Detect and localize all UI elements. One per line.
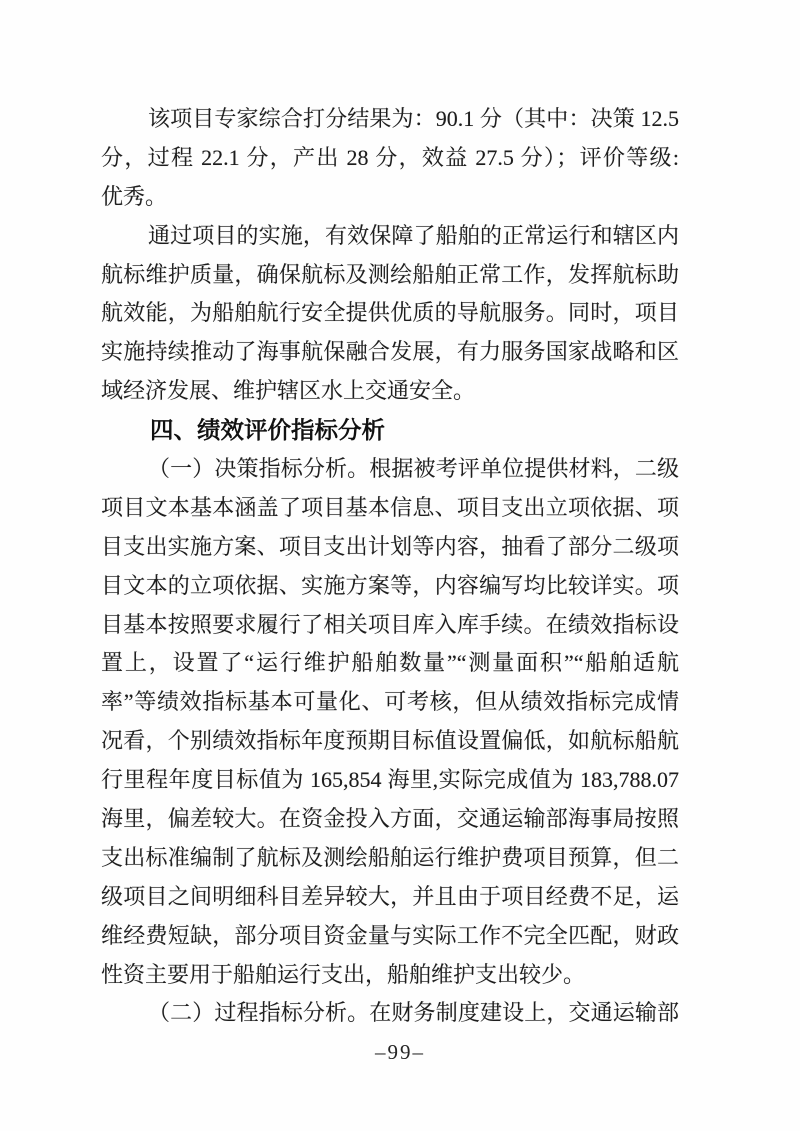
text-line: 优秀。 [101,178,679,217]
text-line: （一）决策指标分析。根据被考评单位提供材料，二级 [101,450,679,489]
text-line: 海里，偏差较大。在资金投入方面，交通运输部海事局按照 [101,800,679,839]
text-line: 目基本按照要求履行了相关项目库入库手续。在绩效指标设 [101,606,679,645]
text-line: 率”等绩效指标基本可量化、可考核，但从绩效指标完成情 [101,683,679,722]
text-line: 通过项目的实施，有效保障了船舶的正常运行和辖区内 [101,217,679,256]
text-line: 航标维护质量，确保航标及测绘船舶正常工作，发挥航标助 [101,256,679,295]
text-line: 该项目专家综合打分结果为：90.1 分（其中：决策 12.5 [101,100,679,139]
text-line: 域经济发展、维护辖区水上交通安全。 [101,372,679,411]
text-line: 目支出实施方案、项目支出计划等内容，抽看了部分二级项 [101,528,679,567]
text-line: 行里程年度目标值为 165,854 海里,实际完成值为 183,788.07 [101,761,679,800]
text-line: 实施持续推动了海事航保融合发展，有力服务国家战略和区 [101,333,679,372]
text-line: 项目文本基本涵盖了项目基本信息、项目支出立项依据、项 [101,489,679,528]
text-line: 级项目之间明细科目差异较大，并且由于项目经费不足，运 [101,878,679,917]
page-number: –99– [0,1040,800,1065]
document-page: 该项目专家综合打分结果为：90.1 分（其中：决策 12.5 分，过程 22.1… [0,0,800,1131]
section-heading: 四、绩效评价指标分析 [101,411,679,450]
text-body: 该项目专家综合打分结果为：90.1 分（其中：决策 12.5 分，过程 22.1… [101,100,679,1033]
text-line: 支出标准编制了航标及测绘船舶运行维护费项目预算，但二 [101,839,679,878]
text-line: 性资主要用于船舶运行支出，船舶维护支出较少。 [101,956,679,995]
text-line: 况看，个别绩效指标年度预期目标值设置偏低，如航标船航 [101,722,679,761]
text-line: （二）过程指标分析。在财务制度建设上，交通运输部 [101,994,679,1033]
text-line: 维经费短缺，部分项目资金量与实际工作不完全匹配，财政 [101,917,679,956]
text-line: 分，过程 22.1 分，产出 28 分，效益 27.5 分）；评价等级: [101,139,679,178]
text-line: 置上，设置了“运行维护船舶数量”“测量面积”“船舶适航 [101,644,679,683]
text-line: 目文本的立项依据、实施方案等，内容编写均比较详实。项 [101,567,679,606]
text-line: 航效能，为船舶航行安全提供优质的导航服务。同时，项目 [101,294,679,333]
